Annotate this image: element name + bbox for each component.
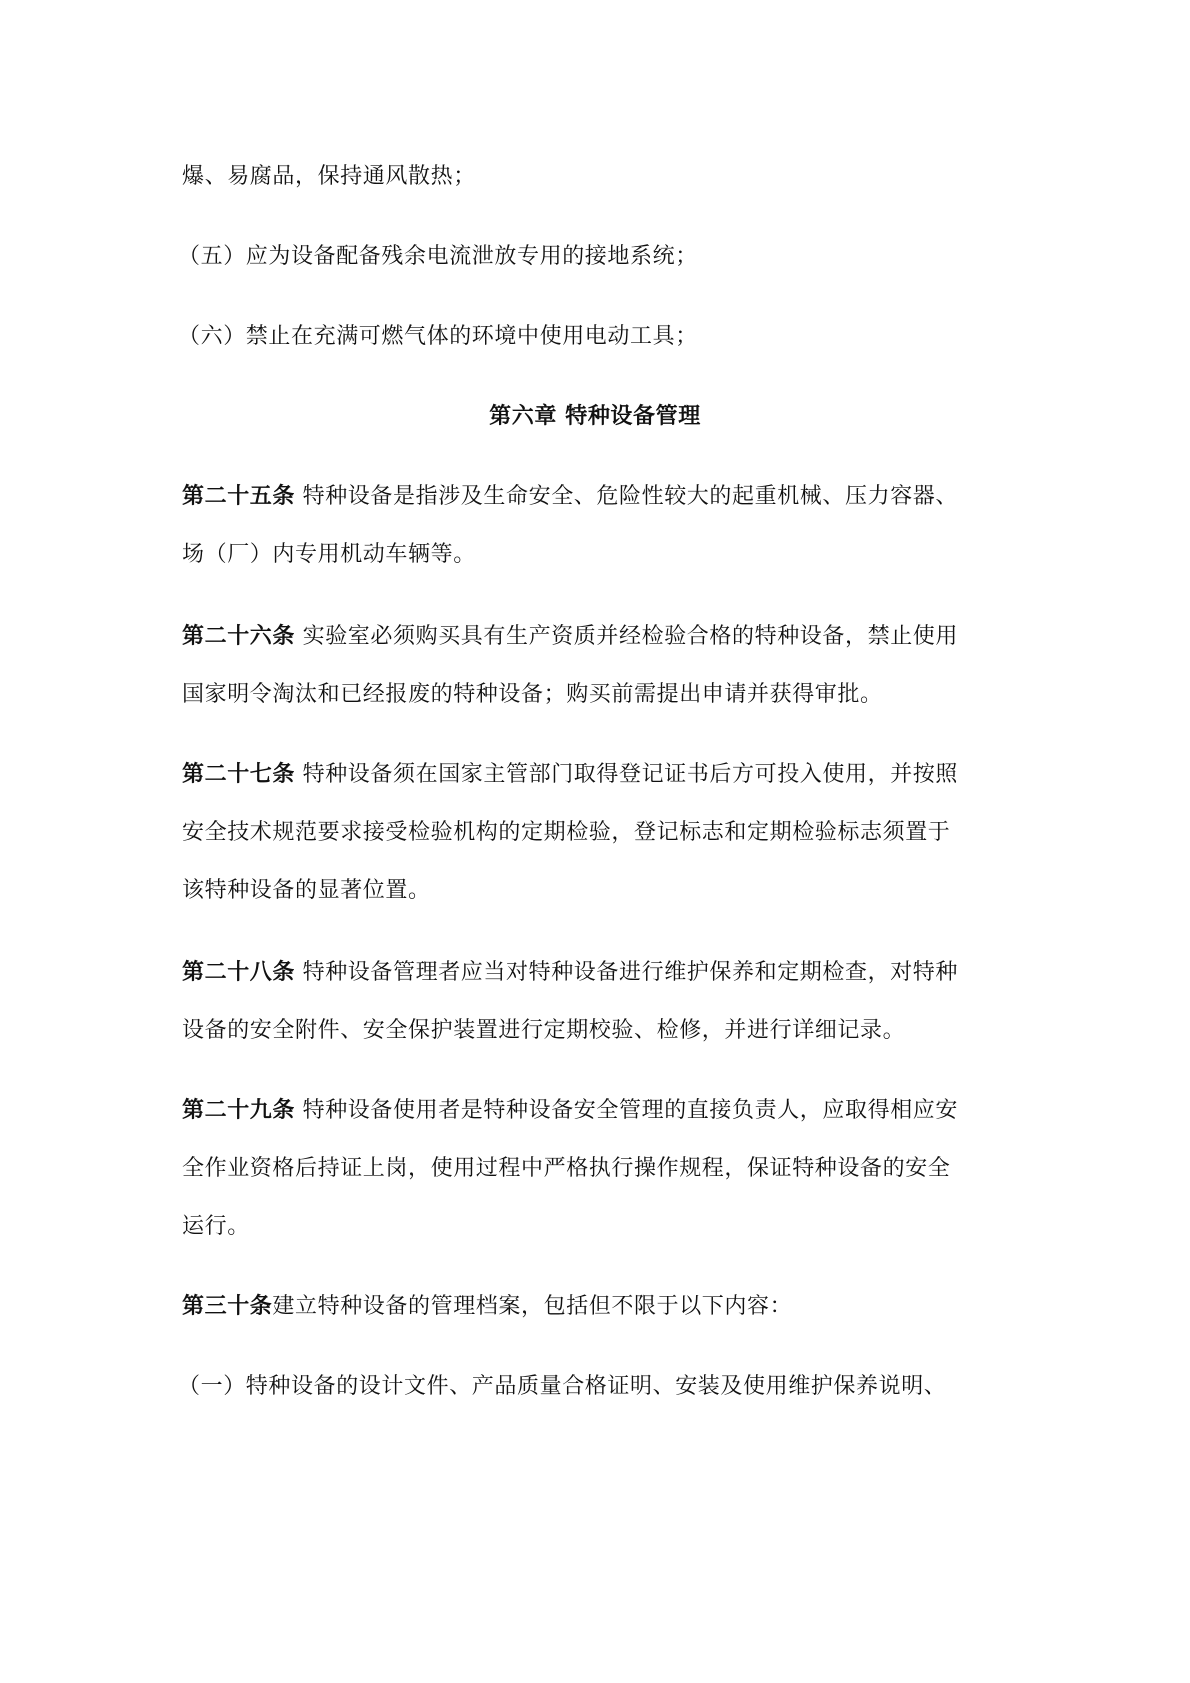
article-25-line-1: 第二十五条 特种设备是指涉及生命安全、危险性较大的起重机械、压力容器、 (182, 482, 1022, 512)
article-27-label: 第二十七条 (182, 762, 295, 787)
article-25-text: 特种设备是指涉及生命安全、危险性较大的起重机械、压力容器、 (295, 484, 958, 509)
article-26-text: 实验室必须购买具有生产资质并经检验合格的特种设备，禁止使用 (295, 624, 958, 649)
paragraph-line: 爆、易腐品，保持通风散热； (182, 162, 1022, 192)
article-30-line-1: 第三十条建立特种设备的管理档案，包括但不限于以下内容： (182, 1292, 1022, 1322)
article-26-label: 第二十六条 (182, 624, 295, 649)
article-30-text: 建立特种设备的管理档案，包括但不限于以下内容： (272, 1294, 792, 1319)
article-27-line-3: 该特种设备的显著位置。 (182, 876, 1022, 906)
document-page: 爆、易腐品，保持通风散热； （五）应为设备配备残余电流泄放专用的接地系统； （六… (0, 0, 1190, 1683)
article-28-line-2: 设备的安全附件、安全保护装置进行定期校验、检修，并进行详细记录。 (182, 1016, 1022, 1046)
chapter-heading: 第六章 特种设备管理 (0, 402, 1190, 432)
article-29-text: 特种设备使用者是特种设备安全管理的直接负责人，应取得相应安 (295, 1098, 958, 1123)
article-27-line-1: 第二十七条 特种设备须在国家主管部门取得登记证书后方可投入使用，并按照 (182, 760, 1022, 790)
article-25-line-2: 场（厂）内专用机动车辆等。 (182, 540, 1022, 570)
article-28-text: 特种设备管理者应当对特种设备进行维护保养和定期检查，对特种 (295, 960, 958, 985)
article-26-line-1: 第二十六条 实验室必须购买具有生产资质并经检验合格的特种设备，禁止使用 (182, 622, 1022, 652)
article-29-line-3: 运行。 (182, 1212, 1022, 1242)
article-26-line-2: 国家明令淘汰和已经报废的特种设备；购买前需提出申请并获得审批。 (182, 680, 1022, 710)
article-30-label: 第三十条 (182, 1294, 272, 1319)
article-27-line-2: 安全技术规范要求接受检验机构的定期检验，登记标志和定期检验标志须置于 (182, 818, 1022, 848)
list-item-5: （五）应为设备配备残余电流泄放专用的接地系统； (178, 242, 1018, 272)
article-25-label: 第二十五条 (182, 484, 295, 509)
article-29-label: 第二十九条 (182, 1098, 295, 1123)
article-29-line-2: 全作业资格后持证上岗，使用过程中严格执行操作规程，保证特种设备的安全 (182, 1154, 1022, 1184)
article-29-line-1: 第二十九条 特种设备使用者是特种设备安全管理的直接负责人，应取得相应安 (182, 1096, 1022, 1126)
article-28-label: 第二十八条 (182, 960, 295, 985)
article-28-line-1: 第二十八条 特种设备管理者应当对特种设备进行维护保养和定期检查，对特种 (182, 958, 1022, 988)
list-item-6: （六）禁止在充满可燃气体的环境中使用电动工具； (178, 322, 1018, 352)
article-27-text: 特种设备须在国家主管部门取得登记证书后方可投入使用，并按照 (295, 762, 958, 787)
list-item-1: （一）特种设备的设计文件、产品质量合格证明、安装及使用维护保养说明、 (178, 1372, 1018, 1402)
